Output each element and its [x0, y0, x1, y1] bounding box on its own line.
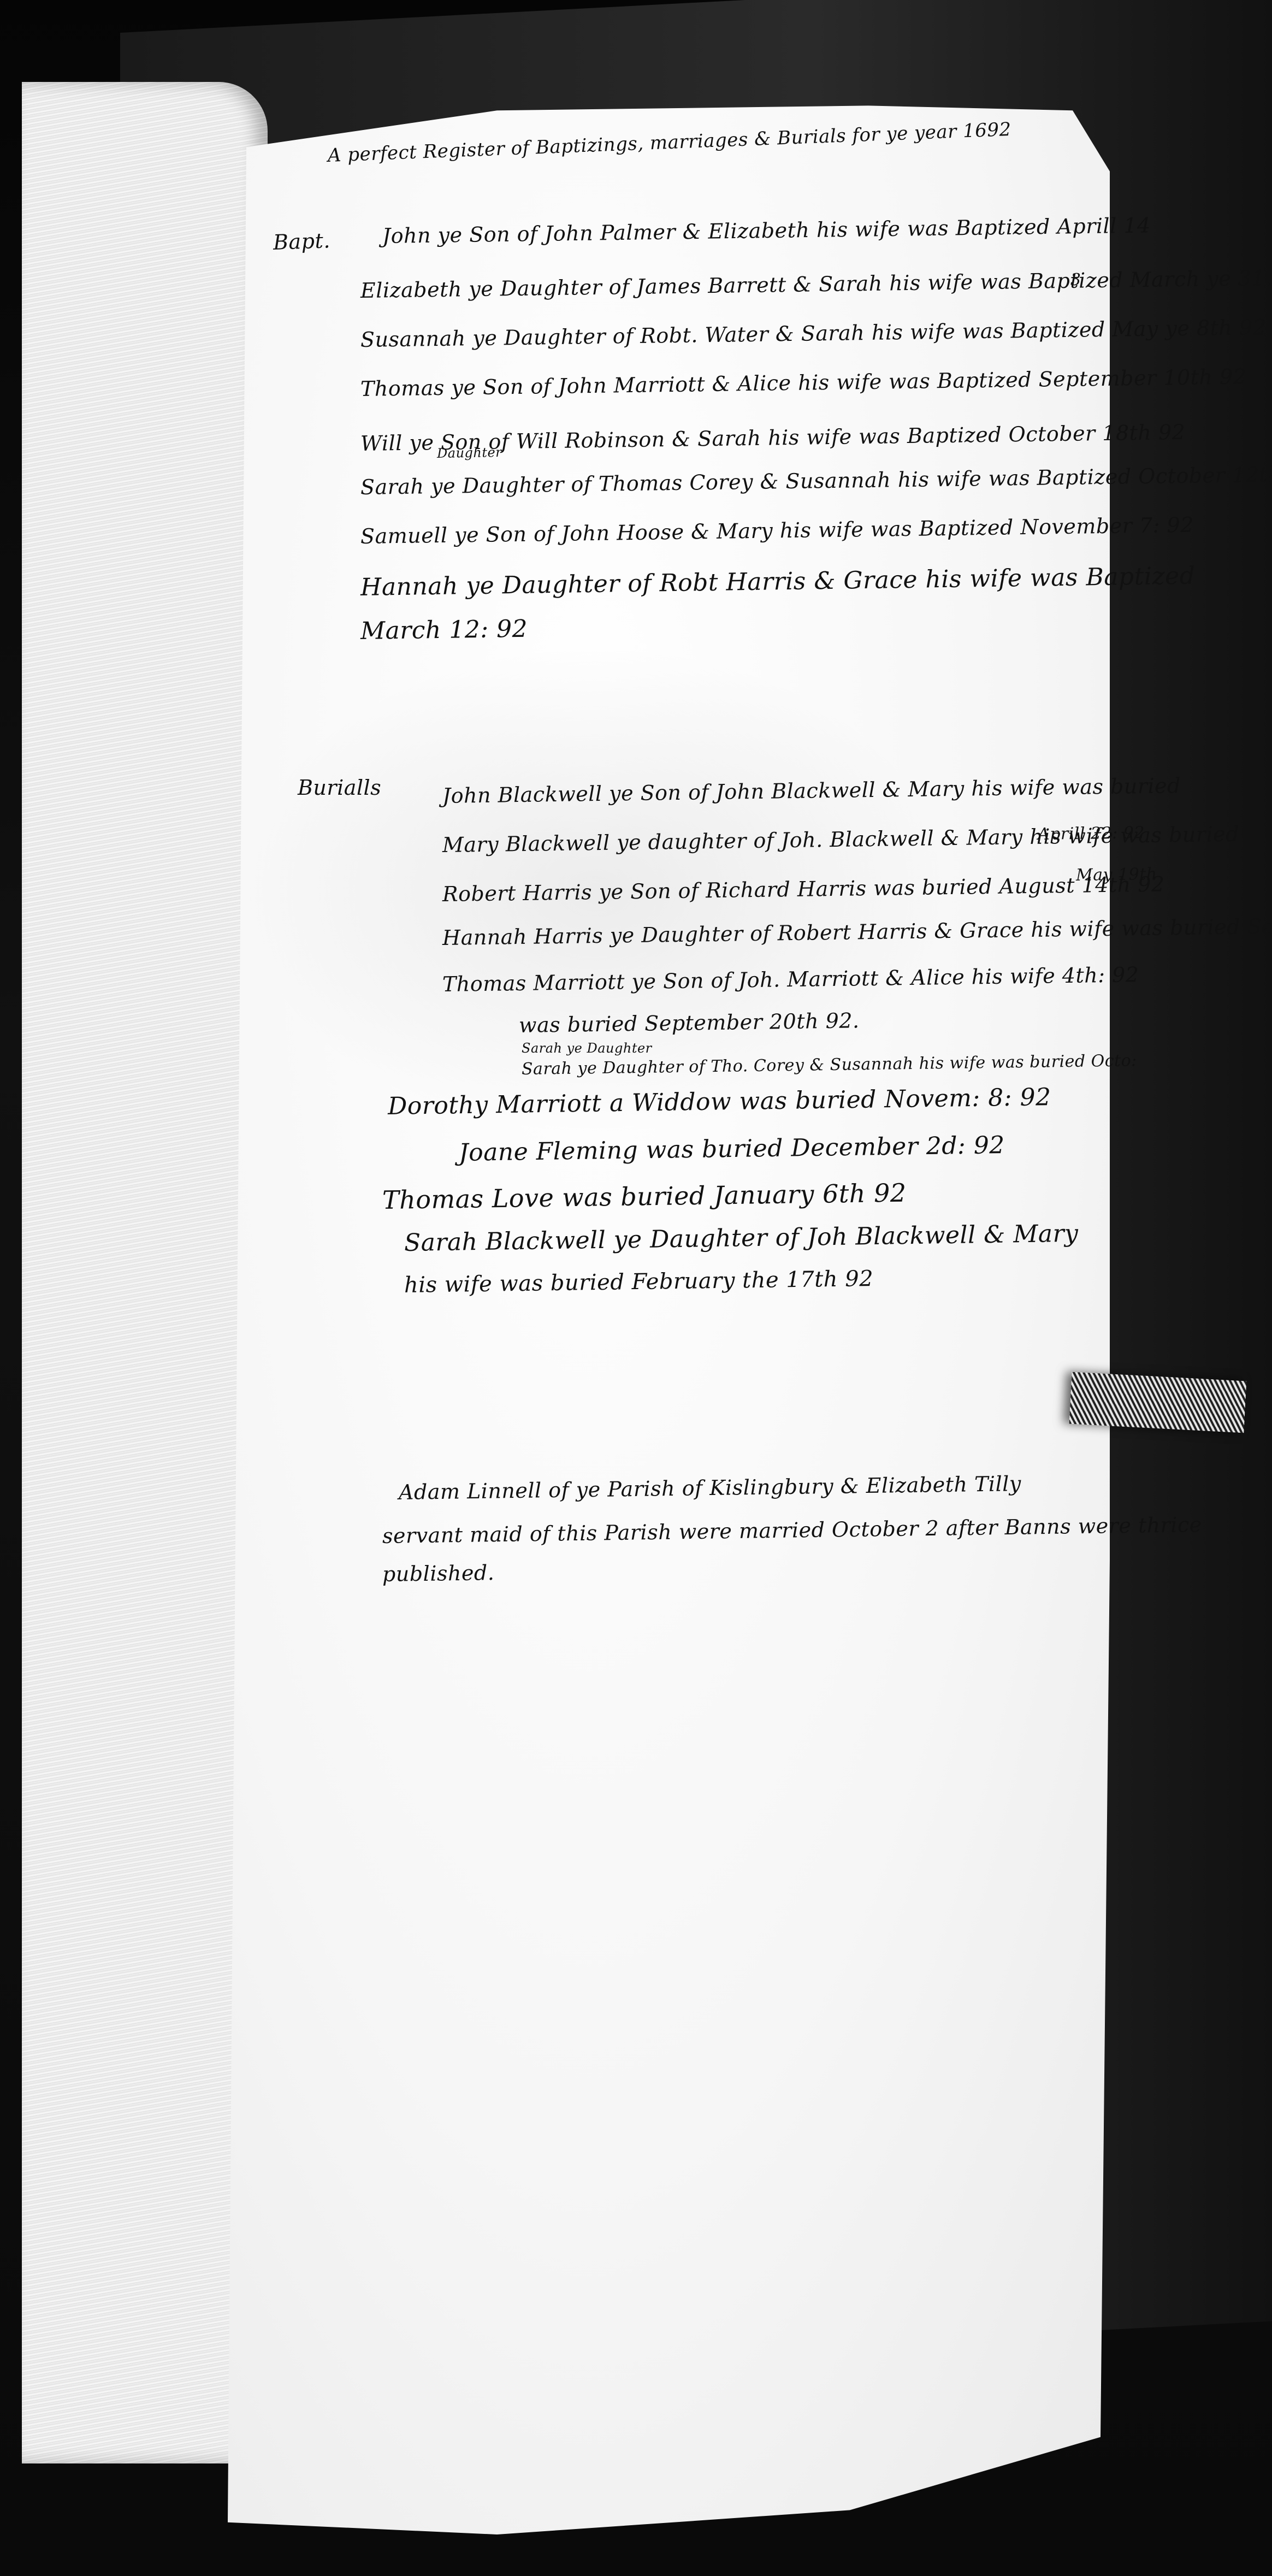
burial-interlineation: Sarah ye Daughter [522, 1041, 652, 1056]
marriage-entry: published. [382, 1561, 495, 1586]
burial-date-note: May 19th [1076, 865, 1157, 885]
baptism-entry: March 12: 92 [360, 615, 528, 645]
burial-date-note: Aprill 22: 92 [1038, 823, 1145, 844]
bookmark-strip [1069, 1372, 1247, 1433]
baptism-interlineation: Daughter [437, 445, 502, 461]
left-facing-leaf [22, 82, 268, 2463]
burials-margin-label: Burialls [298, 776, 381, 800]
baptism-margin-note: 3 [1070, 270, 1081, 289]
register-page [218, 98, 1147, 2534]
burial-entry: was buried September 20th 92. [519, 1008, 860, 1037]
baptisms-margin-label: Bapt. [273, 228, 330, 255]
